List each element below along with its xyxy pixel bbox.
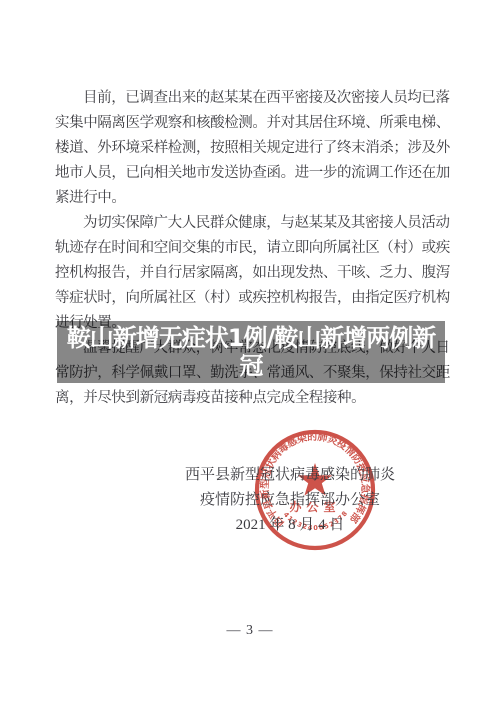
signature-block: 西平县新型冠状病毒感染的肺炎 疫情防控应急指挥部办公室 2021 年 8 月 4… — [172, 463, 408, 538]
doc-line: 控机构报告，并自行居家隔离，如出现发热、干咳、乏力、腹泻 — [55, 261, 447, 286]
doc-line: 紧进行中。 — [55, 186, 447, 211]
signature-org-line2: 疫情防控应急指挥部办公室 — [172, 488, 408, 513]
doc-line: 等症状时，向所属社区（村）或疾控机构报告，由指定医疗机构 — [55, 286, 447, 311]
doc-line: 楼道、外环境采样检测，按照相关规定进行了终末消杀；涉及外 — [55, 136, 447, 161]
signature-org-line1: 西平县新型冠状病毒感染的肺炎 — [172, 463, 408, 488]
doc-line: 离，并尽快到新冠病毒疫苗接种点完成全程接种。 — [55, 386, 447, 411]
doc-line: 目前，已调查出来的赵某某在西平密接及次密接人员均已落 — [55, 86, 447, 111]
headline-text: 鞍山新增无症状1例/鞍山新增两例新冠 — [57, 324, 445, 380]
doc-line: 轨迹存在时间和空间交集的市民，请立即向所属社区（村）或疾 — [55, 236, 447, 261]
headline-overlay: 鞍山新增无症状1例/鞍山新增两例新冠 — [57, 321, 445, 383]
signature-date: 2021 年 8 月 4 日 — [172, 513, 408, 538]
page-number: — 3 — — [0, 622, 500, 640]
doc-line: 实集中隔离医学观察和核酸检测。并对其居住环境、所乘电梯、 — [55, 111, 447, 136]
document-page: 目前，已调查出来的赵某某在西平密接及次密接人员均已落 实集中隔离医学观察和核酸检… — [0, 0, 500, 707]
doc-line: 为切实保障广大人民群众健康，与赵某某及其密接人员活动 — [55, 211, 447, 236]
doc-line: 地市人员，已向相关地市发送协查函。进一步的流调工作还在加 — [55, 161, 447, 186]
